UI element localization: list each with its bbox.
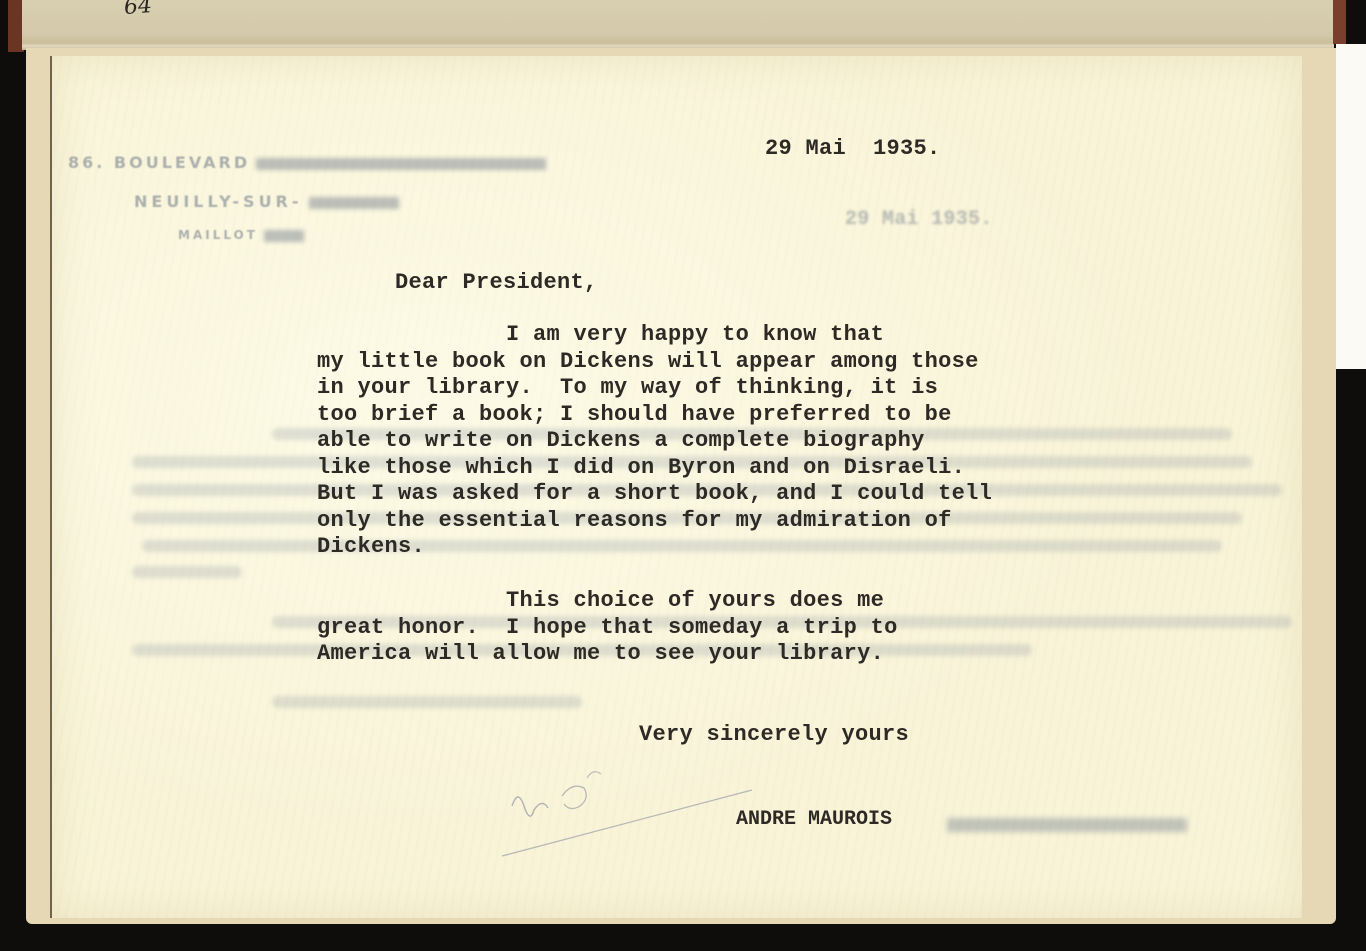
body-line: great honor. I hope that someday a trip … (317, 615, 898, 642)
body-line: only the essential reasons for my admira… (317, 508, 992, 535)
letter-date-ghost: 29 Mai 1935. (845, 208, 993, 231)
body-line: too brief a book; I should have preferre… (317, 402, 992, 429)
signature-ghost (947, 818, 1187, 832)
handwritten-page-number: 64 (123, 0, 153, 20)
body-line: in your library. To my way of thinking, … (317, 375, 992, 402)
background-gap (1336, 44, 1366, 369)
letterhead-city-line: NEUILLY-SUR- (134, 192, 399, 211)
body-line: my little book on Dickens will appear am… (317, 349, 992, 376)
bleed-through-line (132, 566, 242, 578)
salutation: Dear President, (395, 270, 598, 295)
letterhead-phone-line: MAILLOT (178, 228, 304, 242)
scanned-album-page: 64 86. BOULEVARD NEUILLY-SUR- MAILLOT 29… (0, 0, 1366, 951)
body-line: Dickens. (317, 534, 992, 561)
album-binding-strip: 64 (22, 0, 1334, 50)
body-line: America will allow me to see your librar… (317, 641, 898, 668)
letter-sheet: 86. BOULEVARD NEUILLY-SUR- MAILLOT 29 Ma… (50, 56, 1302, 918)
body-paragraph-2: This choice of yours does me great honor… (317, 588, 898, 668)
letterhead-address-line: 86. BOULEVARD (68, 153, 546, 172)
body-line: But I was asked for a short book, and I … (317, 481, 992, 508)
binding-leather-right (1333, 0, 1346, 44)
body-line: able to write on Dickens a complete biog… (317, 428, 992, 455)
bleed-through-line (272, 696, 582, 708)
typed-signature: ANDRE MAUROIS (736, 808, 892, 831)
closing: Very sincerely yours (639, 722, 909, 747)
body-line: I am very happy to know that (317, 322, 992, 349)
body-paragraph-1: I am very happy to know that my little b… (317, 322, 992, 561)
body-line: This choice of yours does me (317, 588, 898, 615)
letter-date: 29 Mai 1935. (765, 136, 941, 161)
pencil-signature-scribble-icon (492, 756, 772, 866)
body-line: like those which I did on Byron and on D… (317, 455, 992, 482)
